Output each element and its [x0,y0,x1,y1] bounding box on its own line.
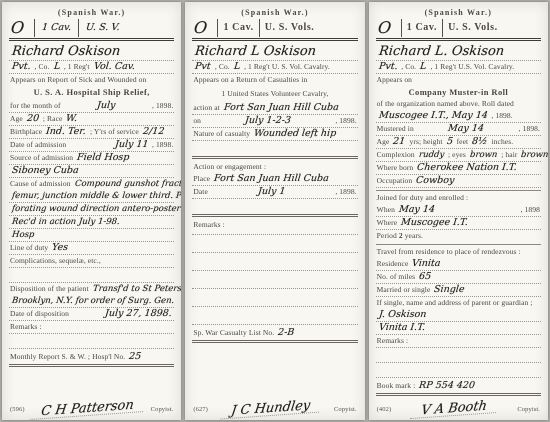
printed-label: on [192,115,202,127]
printed-label: Travel from residence to place of rendez… [376,246,522,258]
army: U. S. V. [82,19,124,37]
handwritten-entry: 20 [23,113,42,125]
engagement-date-line: DateJuly 1, 1898. [192,186,357,199]
age-height-line: Age21yrs; height5feet8½inches. [376,136,541,149]
handwritten-entry: July [93,100,119,112]
dotted-leader [434,271,541,283]
blank-line [192,237,357,253]
handwritten-entry: forating wound direction antero-posterio… [8,203,181,215]
handwritten-entry: brown [518,149,548,161]
admission-date-line: Date of admissionJuly 11, 1898. [9,139,174,152]
dotted-leader [9,270,174,282]
printed-label: Remarks : [192,219,226,231]
dotted-leader [71,242,174,254]
handwritten-entry: L [417,61,431,73]
casualty-return-card: (Spanish War.)O1 Cav.U. S. Vols.Richard … [185,2,364,420]
unit-line: O1 Cav.U. S. Vols. [376,19,541,41]
printed-label: years. [404,230,424,242]
card-title: (Spanish War.) [424,7,494,19]
printed-label: Book mark : [376,380,417,392]
printed-label: Source of admission [9,152,74,164]
monthly-report-line: Monthly Report S. & W. ; Hosp'l No.25 [9,351,174,367]
dotted-leader [81,113,175,125]
soldier-name-line: Richard L. Oskison [376,43,541,61]
dotted-leader [82,165,175,177]
soldier-name-line: Richard Oskison [9,43,174,61]
printed-label: , 1 Reg't U.S. Vol. Cavalry. [429,61,515,73]
handwritten-entry: May 14 [395,204,438,216]
rank-line: Pvt., Co.L, 1 Reg't U.S. Vol. Cavalry. [376,61,541,74]
dotted-leader [118,100,151,112]
printed-label: Occupation [376,175,414,187]
handwritten-entry: W. [63,113,81,125]
dotted-leader [209,186,255,198]
blank-line [192,255,357,271]
handwritten-entry: RP 554 420 [416,380,479,392]
dotted-leader [288,186,334,198]
complications-line: Complications, sequelæ, etc., [9,255,174,268]
handwritten-entry: Field Hosp [74,152,134,164]
action-date-line: onJuly 1-2-3, 1898. [192,115,357,128]
printed-label: ; hair [500,149,518,161]
dotted-leader [415,123,446,135]
dotted-leader [438,204,520,216]
company-letter: O [375,20,398,36]
complexion-line: Complexionruddy; eyesbrown; hairbrown [376,149,541,162]
handwritten-entry: Vinita [409,258,445,270]
printed-label: Age [376,136,391,148]
handwritten-entry: July 11 [111,139,152,151]
handwritten-entry: 2-B [275,327,299,339]
dotted-leader [376,365,541,377]
dotted-leader [123,216,175,228]
handwritten-entry: Fort San Juan Hill Cuba [210,173,332,185]
copyist-signature: J C Hundley [221,399,322,419]
printed-label: , 1898. [518,123,541,135]
book-mark-line: Book mark :RP 554 420 [376,380,541,396]
handwritten-entry: Rec'd in action July 1-98. [8,216,123,228]
handwritten-entry: 25 [126,351,145,363]
form-number: (596) [9,404,26,416]
card-title: (Spanish War.) [57,7,127,19]
handwritten-entry: July 1-2-3 [242,115,295,127]
printed-label: U. S. Vols. [264,19,316,37]
blank-line [376,365,541,378]
printed-label: Place [192,173,211,185]
printed-label: Remarks : [9,321,43,333]
rank-line: Pvt, Co.L, 1 Reg't U. S. Vol. Cavalry. [192,61,357,74]
handwritten-entry: Fort San Juan Hill Cuba [220,102,342,114]
dotted-leader [192,255,357,270]
enrolled-when-line: WhenMay 14, 1898 [376,204,541,217]
dotted-leader [9,336,174,348]
printed-label: No. of miles [376,271,417,283]
printed-label: Married or single [376,284,432,296]
printed-label: Appears on [376,74,413,86]
dotted-leader [458,175,541,187]
guardian-name-line: J. Oskison [376,309,541,322]
printed-label: , 1898 [520,204,541,216]
admission-source-line-2: Siboney Cuba [9,165,174,178]
blank-line [192,291,357,307]
war-header: (Spanish War.) [376,7,541,19]
dotted-leader [294,115,334,127]
printed-label: inches. [490,136,514,148]
printed-label: U. S. A. Hospital Ship Relief, [33,86,151,98]
printed-label: Joined for duty and enrolled : [376,192,470,204]
dotted-leader [478,380,541,392]
copyist-signature: V A Booth [411,400,498,419]
engagement-place-line: PlaceFort San Juan Hill Cuba [192,173,357,186]
war-header: (Spanish War.) [192,7,357,19]
handwritten-entry: Transf'd to St Peters Hosp., [89,283,181,295]
roll-place-date-line: Muscogee I.T., May 14, 1898. [376,110,541,123]
dotted-leader [37,229,174,241]
action-at-line: action atFort San Juan Hill Cuba [192,102,357,115]
enrolled-heading: Joined for duty and enrolled : [376,190,541,204]
dotted-leader [192,309,357,324]
disposition-date-line: Date of dispositionJuly 27, 1898. [9,308,174,321]
casualty-nature-line: Nature of casualtyWounded left hip [192,128,357,141]
printed-label: Date of disposition [9,308,70,320]
born-line: Where bornCherokee Nation I.T. [376,162,541,175]
dotted-leader [70,308,102,320]
printed-label: Nature of casualty [192,128,251,140]
printed-label: Remarks : [376,335,410,347]
printed-label: Period [376,230,398,242]
printed-label: Complexion [376,149,416,161]
printed-label: Mustered in [376,123,415,135]
dotted-leader [202,115,242,127]
guardian-heading: If single, name and address of parent or… [376,297,541,309]
form-title: U. S. A. Hospital Ship Relief, [9,86,174,98]
signature-line: (596)C H PattersonCopyist. [9,397,174,416]
roll-dated-line: of the organization named above. Roll da… [376,98,541,110]
married-single-line: Married or singleSingle [376,284,541,297]
handwritten-entry: Wounded left hip [250,128,339,140]
remarks-line: Remarks : [192,219,357,235]
handwritten-entry: 2/12 [139,126,168,138]
printed-label: Appears on Report of Sick and Wounded on [9,74,147,86]
admission-cause-line-4: Rec'd in action July 1-98. [9,216,174,229]
printed-label: ; eyes [447,149,467,161]
handwritten-entry: 5 [443,136,456,148]
company-letter: O [8,20,31,36]
copyist-label: Copyist. [150,404,175,416]
dotted-leader [468,284,541,296]
handwritten-entry: Siboney Cuba [8,165,82,177]
handwritten-entry: July 27, 1898. [101,308,175,320]
mustered-in-line: Mustered inMay 14, 1898. [376,123,541,136]
blank-line [192,273,357,289]
printed-label: Company Muster-in Roll [408,86,510,98]
signature-line: (402)V A BoothCopyist. [376,397,541,416]
handwritten-entry: 65 [416,271,435,283]
company-letter: O [191,20,214,36]
printed-label: ; Y'rs of service [89,126,140,138]
blank-line [376,350,541,363]
soldier-name-line: Richard L Oskison [192,43,357,61]
admission-source-line: Source of admissionField Hosp [9,152,174,165]
dotted-leader [471,217,541,229]
handwritten-entry: Muscogee I.T., May 14 [375,110,491,122]
war-header: (Spanish War.) [9,7,174,19]
handwritten-entry: Cherokee Nation I.T. [414,162,521,174]
unit-line: O1 Cav.U. S. V. [9,19,174,41]
printed-label: Birthplace [9,126,43,138]
dotted-leader [376,350,541,362]
divider-bar [259,19,260,37]
printed-label: Where born [376,162,415,174]
printed-label: When [376,204,396,216]
divider-bar [217,19,218,37]
soldier-name: Richard Oskison [8,43,124,60]
dotted-leader [144,351,174,363]
handwritten-entry: Brooklyn, N.Y. for order of Surg. Gen. [8,295,177,307]
printed-label: , 1898. [334,186,357,198]
admission-cause-line-3: forating wound direction antero-posterio… [9,203,174,216]
hospital-ship-relief-card: (Spanish War.)O1 Cav.U. S. V.Richard Osk… [2,2,181,420]
printed-label: Age [9,113,24,125]
printed-label: Line of duty [9,242,49,254]
disposition-line-2: Brooklyn, N.Y. for order of Surg. Gen. [9,295,174,308]
handwritten-entry: femur, junction middle & lower third. Pe… [8,190,181,202]
printed-label: , Co. [400,61,417,73]
printed-label: Appears on a Return of Casualties in [192,74,308,86]
printed-label: , Co. [34,61,51,73]
printed-label: , 1898. [151,139,174,151]
admission-cause-line-2: femur, junction middle & lower third. Pe… [9,190,174,203]
printed-label: for the month of [9,100,62,112]
blank-line [9,270,174,283]
dotted-leader [133,152,175,164]
printed-label: , 1898. [151,100,174,112]
handwritten-entry: Pvt [192,61,215,73]
dotted-leader [192,237,357,252]
handwritten-entry: Hosp [8,229,38,241]
dotted-leader [487,123,518,135]
month-line: for the month ofJuly, 1898. [9,100,174,113]
engagement-heading: Action or engagement : [192,161,357,173]
divider-bar [442,19,443,37]
rank-line: Pvt., Co.L, 1 Reg'tVol. Cav. [9,61,174,74]
handwritten-entry: 21 [390,136,409,148]
dotted-leader [444,258,541,270]
scanned-record-cards: (Spanish War.)O1 Cav.U. S. V.Richard Osk… [0,0,550,422]
printed-label: , 1 Reg't [63,61,91,73]
copyist-label: Copyist. [516,404,541,416]
handwritten-entry: July 1 [254,186,289,198]
handwritten-entry: Single [431,284,469,296]
handwritten-entry: Cowboy [413,175,459,187]
form-title: 1 United States Volunteer Cavalry, [192,88,357,100]
handwritten-entry: ruddy [415,149,447,161]
guardian-address-line: Vinita I.T. [376,322,541,335]
printed-label: If single, name and address of parent or… [376,297,534,309]
dotted-leader [319,43,357,60]
dotted-leader [428,322,541,334]
soldier-name: Richard L Oskison [191,43,320,60]
divider-bar [78,19,79,37]
travel-heading: Travel from residence to place of rendez… [376,244,541,258]
dotted-leader [507,43,541,60]
dotted-leader [192,201,357,213]
blank-line [192,309,357,325]
printed-label: , 1898. [334,115,357,127]
printed-label: of the organization named above. Roll da… [376,98,515,110]
admission-cause-line-5: Hosp [9,229,174,242]
handwritten-entry: May 14 [445,123,488,135]
unit-line: O1 Cav.U. S. Vols. [192,19,357,41]
soldier-name: Richard L. Oskison [375,43,508,60]
handwritten-entry: Pvt. [375,61,401,73]
remarks-line: Remarks : [9,321,174,334]
appears-on-line: Appears on [376,74,541,86]
printed-label: , Co. [214,61,231,73]
appears-on-line: Appears on a Return of Casualties in [192,74,357,86]
signature-line: (627)J C HundleyCopyist. [192,397,357,416]
printed-label: Complications, sequelæ, etc., [9,255,102,267]
handwritten-entry: Ind. Ter. [43,126,90,138]
handwritten-entry: Vol. Cav. [90,61,138,73]
handwritten-entry: L [230,61,244,73]
guardian-address: Vinita I.T. [375,322,428,334]
dotted-leader [67,139,111,151]
printed-label: Cause of admission [9,178,72,190]
printed-label: action at [192,102,221,114]
age-race-line: Age20; RaceW. [9,113,174,126]
handwritten-entry: 8½ [469,136,492,148]
dotted-leader [62,100,95,112]
disposition-line: Disposition of the patientTransf'd to St… [9,283,174,295]
dotted-leader [102,255,175,267]
handwritten-entry: Compound gunshot fracture [71,178,181,190]
handwritten-entry: brown [466,149,501,161]
muster-in-roll-card: (Spanish War.)O1 Cav.U. S. Vols.Richard … [369,2,548,420]
dotted-leader [192,143,357,155]
dotted-leader [192,291,357,306]
printed-label: Monthly Report S. & W. ; Hosp'l No. [9,351,126,363]
occupation-line: OccupationCowboy [376,175,541,188]
birthplace-line: BirthplaceInd. Ter.; Y'rs of service2/12 [9,126,174,139]
residence-line: ResidenceVinita [376,258,541,271]
handwritten-entry: Pvt. [8,61,34,73]
admission-cause-line: Cause of admissionCompound gunshot fract… [9,178,174,190]
dotted-leader [192,273,357,288]
printed-label: ; Race [42,113,64,125]
period-line: Period2years. [376,230,541,242]
enrolled-where-line: WhereMuscogee I.T. [376,217,541,230]
handwritten-entry: Muscogee I.T. [398,217,472,229]
dotted-leader [332,173,358,185]
dotted-leader [177,295,181,307]
regiment: 1 Cav. [38,19,75,37]
printed-label: , 1898. [490,110,513,122]
printed-label: feet [456,136,470,148]
form-number: (627) [192,404,209,416]
line-of-duty-line: Line of dutyYes [9,242,174,255]
dotted-leader [123,43,174,60]
printed-label: Sp. War Casualty List No. [192,327,275,339]
printed-label: Date [192,186,209,198]
printed-label: Action or engagement : [192,161,267,173]
printed-label: Residence [376,258,410,270]
copyist-label: Copyist. [333,404,358,416]
divider [192,201,357,217]
divider-bar [401,19,402,37]
divider-bar [34,19,35,37]
card-title: (Spanish War.) [240,7,310,19]
printed-label: , 1 Reg't U. S. Vol. Cavalry. [243,61,331,73]
printed-label: Disposition of the patient [9,283,90,295]
dotted-leader [43,321,175,333]
dotted-leader [298,327,358,339]
printed-label: 1 Cav. [406,19,438,37]
divider [192,143,357,159]
handwritten-entry: L [50,61,64,73]
miles-line: No. of miles65 [376,271,541,284]
printed-label: yrs; height [409,136,444,148]
blank-line [9,336,174,349]
printed-label: U. S. Vols. [447,19,499,37]
dotted-leader [409,335,541,347]
dotted-leader [429,309,541,321]
printed-label: 1 Cav. [222,19,254,37]
dotted-leader [226,219,358,234]
guardian-name: J. Oskison [375,309,430,321]
handwritten-entry: Yes [49,242,72,254]
printed-label: Date of admission [9,139,67,151]
appears-on-line: Appears on Report of Sick and Wounded on [9,74,174,86]
form-number: (402) [376,404,393,416]
printed-label: Where [376,217,398,229]
remarks-line: Remarks : [376,335,541,348]
form-title: Company Muster-in Roll [376,86,541,98]
copyist-signature: C H Patterson [30,399,144,420]
printed-label: 1 United States Volunteer Cavalry, [220,88,329,100]
casualty-list-line: Sp. War Casualty List No.2-B [192,327,357,343]
